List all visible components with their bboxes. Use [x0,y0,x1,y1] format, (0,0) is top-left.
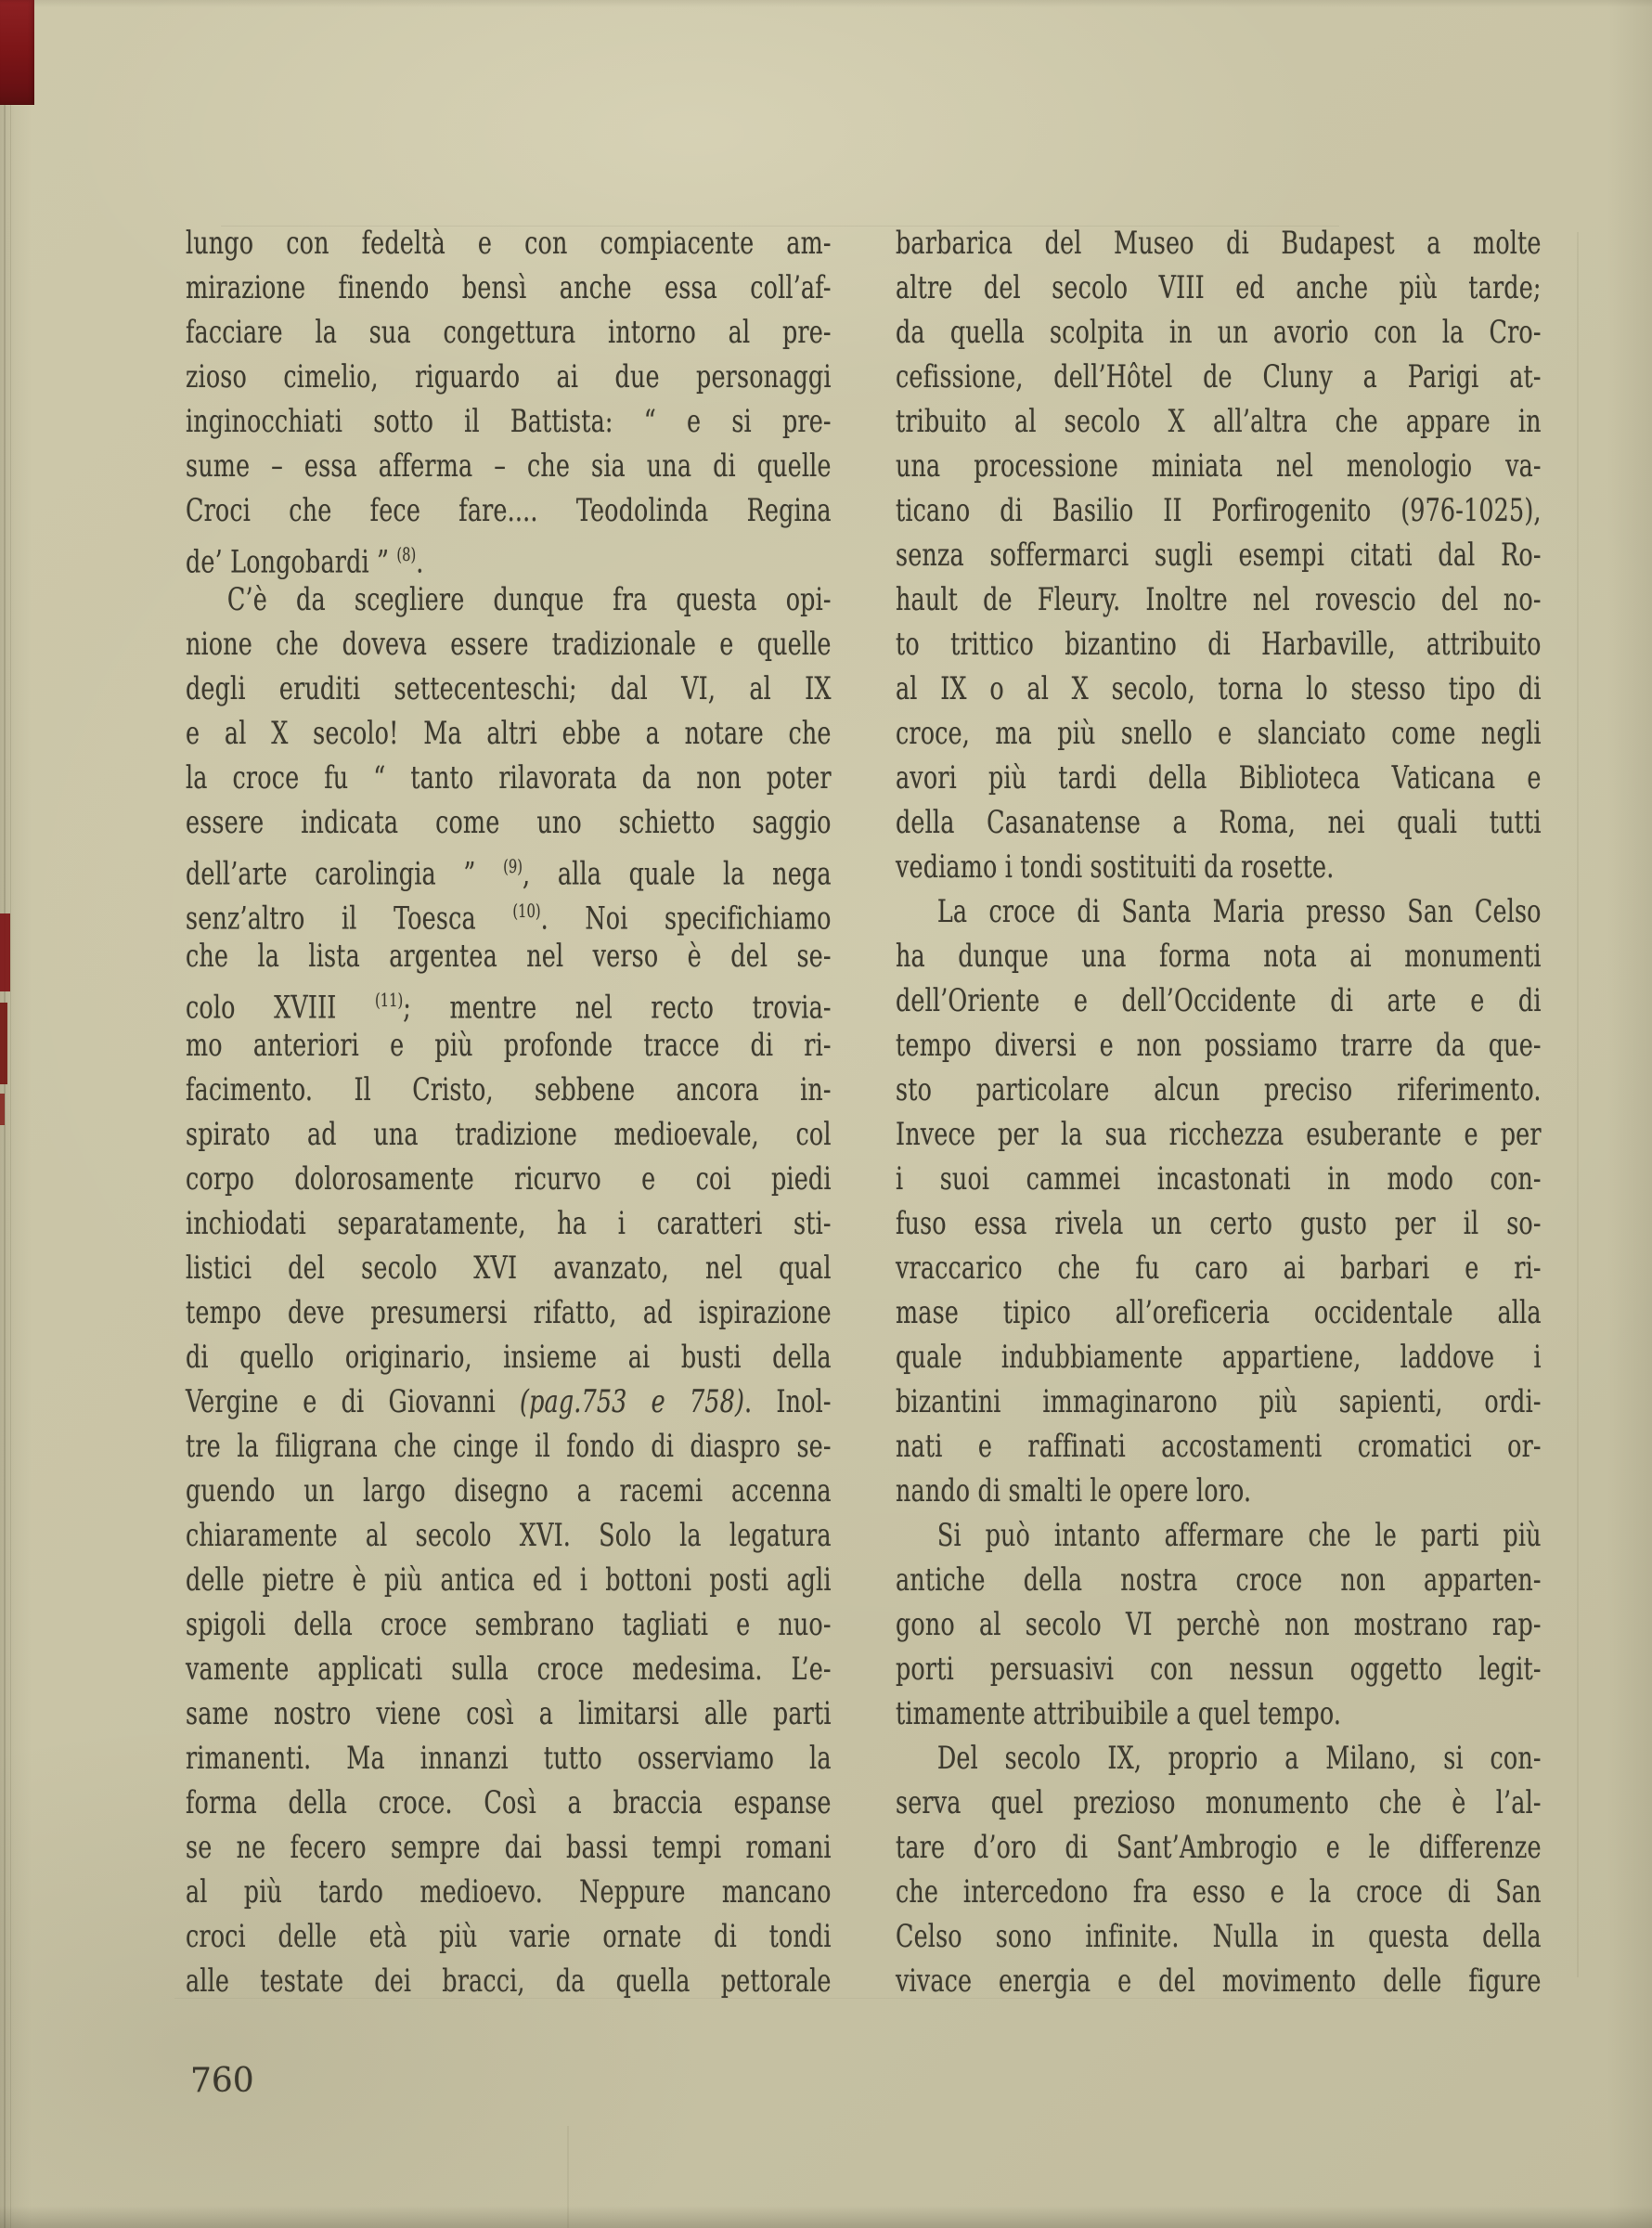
text-line: senz’altro il Toesca (10). Noi specifich… [186,889,832,934]
text-line: chiaramente al secolo XVI. Solo la legat… [186,1513,832,1558]
text-line: da quella scolpita in un avorio con la C… [896,310,1542,355]
text-line: serva quel prezioso monumento che è l’al… [896,1781,1542,1825]
text-segment: C’è da scegliere dunque fra questa opi- [227,581,832,618]
text-segment: same nostro viene così a limitarsi alle … [186,1695,832,1732]
text-segment: di quello originario, insieme ai busti d… [186,1339,832,1376]
text-segment: antiche della nostra croce non apparten- [896,1561,1542,1599]
text-line: essere indicata come uno schietto saggio [186,800,832,845]
text-line: mase tipico all’oreficeria occidentale a… [896,1290,1542,1335]
text-segment: spigoli della croce sembrano tagliati e … [186,1606,832,1643]
text-line: C’è da scegliere dunque fra questa opi- [186,577,832,622]
text-line: barbarica del Museo di Budapest a molte [896,221,1542,266]
text-line: dell’arte carolingia ” (9), alla quale l… [186,845,832,889]
text-segment: vamente applicati sulla croce medesima. … [186,1651,832,1688]
text-line: tempo diversi e non possiamo trarre da q… [896,1023,1542,1068]
text-line: nati e raffinati accostamenti cromatici … [896,1424,1542,1469]
text-line: lungo con fedeltà e con compiacente am- [186,221,832,266]
text-segment: tempo deve presumersi rifatto, ad ispira… [186,1294,832,1331]
red-bookmark-edge [0,0,34,105]
text-line: de’ Longobardi ” (8). [186,533,832,577]
text-segment: nati e raffinati accostamenti cromatici … [896,1428,1542,1465]
text-segment: Si può intanto affermare che le parti pi… [937,1517,1542,1554]
text-line: cefissione, dell’Hôtel de Cluny a Parigi… [896,355,1542,399]
page-number: 760 [190,2063,254,2100]
text-segment: e al X secolo! Ma altri ebbe a notare ch… [186,715,832,752]
text-segment: hault de Fleury. Inoltre nel rovescio de… [896,581,1542,618]
text-line: same nostro viene così a limitarsi alle … [186,1691,832,1736]
text-line: croci delle età più varie ornate di tond… [186,1914,832,1959]
text-segment: tare d’oro di Sant’Ambrogio e le differe… [896,1829,1542,1866]
text-segment: . Inol- [744,1383,832,1420]
text-line: nione che doveva essere tradizionale e q… [186,622,832,667]
text-line: tre la filigrana che cinge il fondo di d… [186,1424,832,1469]
text-segment: essere indicata come uno schietto saggio [186,804,832,841]
text-line: guendo un largo disegno a racemi accenna [186,1469,832,1513]
text-line: Celso sono infinite. Nulla in questa del… [896,1914,1542,1959]
text-line: to trittico bizantino di Harbaville, att… [896,622,1542,667]
text-line: facimento. Il Cristo, sebbene ancora in- [186,1068,832,1112]
text-line: ha dunque una forma nota ai monumenti [896,934,1542,978]
text-segment: quale indubbiamente appartiene, laddove … [896,1339,1542,1376]
text-segment: vediamo i tondi sostituiti da rosette. [896,848,1334,886]
text-line: sto particolare alcun preciso riferiment… [896,1068,1542,1112]
text-segment: chiaramente al secolo XVI. Solo la legat… [186,1517,832,1554]
text-line: corpo dolorosamente ricurvo e coi piedi [186,1157,832,1201]
text-segment: to trittico bizantino di Harbaville, att… [896,626,1542,663]
text-line: di quello originario, insieme ai busti d… [186,1335,832,1380]
text-segment: senz’altro il Toesca [186,900,512,937]
red-bookmark-sliver [0,913,10,991]
text-segment: . Noi specifichiamo [541,900,832,937]
text-segment: Del secolo IX, proprio a Milano, si con- [937,1740,1542,1777]
text-segment: sto particolare alcun preciso riferiment… [896,1071,1542,1108]
footnote-ref: (11) [375,990,403,1011]
text-line: antiche della nostra croce non apparten- [896,1558,1542,1602]
page-crease [1577,232,1579,1977]
text-line: gono al secolo VI perchè non mostrano ra… [896,1602,1542,1647]
text-segment: facimento. Il Cristo, sebbene ancora in- [186,1071,832,1108]
red-bookmark-sliver [0,1003,7,1084]
footnote-ref: (9) [503,856,523,877]
text-line: ticano di Basilio II Porfirogenito (976-… [896,488,1542,533]
text-line: Vergine e di Giovanni (pag.753 e 758). I… [186,1380,832,1424]
text-segment: mirazione finendo bensì anche essa coll’… [186,269,832,306]
text-line: spigoli della croce sembrano tagliati e … [186,1602,832,1647]
text-line: vraccarico che fu caro ai barbari e ri- [896,1246,1542,1290]
text-line: inchiodati separatamente, ha i caratteri… [186,1201,832,1246]
text-segment: Invece per la sua ricchezza esuberante e… [896,1116,1542,1153]
text-segment: dell’Oriente e dell’Occidente di arte e … [896,982,1542,1019]
text-line: vamente applicati sulla croce medesima. … [186,1647,832,1691]
text-segment: timamente attribuibile a quel tempo. [896,1695,1341,1732]
text-line: La croce di Santa Maria presso San Celso [896,889,1542,934]
text-segment: ; mentre nel recto trovia- [403,989,831,1026]
text-segment: Croci che fece fare.... Teodolinda Regin… [186,492,832,529]
text-line: la croce fu “ tanto rilavorata da non po… [186,756,832,800]
footnote-ref: (10) [512,900,540,922]
text-segment: spirato ad una tradizione medioevale, co… [186,1116,832,1153]
text-segment: inginocchiati sotto il Battista: “ e si … [186,403,832,440]
text-segment: barbarica del Museo di Budapest a molte [896,225,1542,262]
red-bookmark-sliver [0,1094,5,1125]
text-line: una processione miniata nel menologio va… [896,444,1542,488]
text-line: tare d’oro di Sant’Ambrogio e le differe… [896,1825,1542,1870]
text-line: colo XVIII (11); mentre nel recto trovia… [186,978,832,1023]
text-line: porti persuasivi con nessun oggetto legi… [896,1647,1542,1691]
text-line: sume – essa afferma – che sia una di que… [186,444,832,488]
text-line: facciare la sua congettura intorno al pr… [186,310,832,355]
text-segment: listici del secolo XVI avanzato, nel qua… [186,1250,832,1287]
text-segment: cefissione, dell’Hôtel de Cluny a Parigi… [896,358,1542,395]
text-line: che intercedono fra esso e la croce di S… [896,1870,1542,1914]
text-line: forma della croce. Così a braccia espans… [186,1781,832,1825]
text-segment: dell’arte carolingia ” [186,855,503,892]
text-segment: mo anteriori e più profonde tracce di ri… [186,1027,832,1064]
text-segment: al più tardo medioevo. Neppure mancano [186,1873,832,1911]
text-segment: delle pietre è più antica ed i bottoni p… [186,1561,832,1599]
text-line: rimanenti. Ma innanzi tutto osserviamo l… [186,1736,832,1781]
text-segment: che intercedono fra esso e la croce di S… [896,1873,1542,1911]
text-segment: croci delle età più varie ornate di tond… [186,1918,832,1955]
text-segment: lungo con fedeltà e con compiacente am- [186,225,832,262]
text-segment: tempo diversi e non possiamo trarre da q… [896,1027,1542,1064]
text-segment: al IX o al X secolo, torna lo stesso tip… [896,670,1542,707]
scan-shadow-bottom [0,2206,1652,2228]
text-line: dell’Oriente e dell’Occidente di arte e … [896,978,1542,1023]
text-segment: altre del secolo VIII ed anche più tarde… [896,269,1542,306]
text-line: se ne fecero sempre dai bassi tempi roma… [186,1825,832,1870]
text-line: al più tardo medioevo. Neppure mancano [186,1870,832,1914]
text-line: bizantini immaginarono più sapienti, ord… [896,1380,1542,1424]
text-line: timamente attribuibile a quel tempo. [896,1691,1542,1736]
text-line: mo anteriori e più profonde tracce di ri… [186,1023,832,1068]
text-segment: porti persuasivi con nessun oggetto legi… [896,1651,1542,1688]
text-segment: inchiodati separatamente, ha i caratteri… [186,1205,832,1242]
text-segment: bizantini immaginarono più sapienti, ord… [896,1383,1542,1420]
text-line: quale indubbiamente appartiene, laddove … [896,1335,1542,1380]
text-line: Del secolo IX, proprio a Milano, si con- [896,1736,1542,1781]
text-line: tempo deve presumersi rifatto, ad ispira… [186,1290,832,1335]
text-segment: i suoi cammei incastonati in modo con- [896,1160,1542,1198]
text-line: fuso essa rivela un certo gusto per il s… [896,1201,1542,1246]
text-line: hault de Fleury. Inoltre nel rovescio de… [896,577,1542,622]
text-line: nando di smalti le opere loro. [896,1469,1542,1513]
scan-edge-line [10,0,11,2228]
text-line: vivace energia e del movimento delle fig… [896,1959,1542,2003]
text-line: della Casanatense a Roma, nei quali tutt… [896,800,1542,845]
text-segment: avori più tardi della Biblioteca Vatican… [896,759,1542,797]
text-segment: ticano di Basilio II Porfirogenito (976-… [896,492,1542,529]
footnote-ref: (8) [396,544,416,565]
text-segment: vivace energia e del movimento delle fig… [896,1962,1542,2000]
text-line: tribuito al secolo X all’altra che appar… [896,399,1542,444]
text-segment: senza soffermarci sugli esempi citati da… [896,537,1542,574]
text-segment: degli eruditi settecenteschi; dal VI, al… [186,670,832,707]
text-segment: croce, ma più snello e slanciato come ne… [896,715,1542,752]
text-line: zioso cimelio, riguardo ai due personagg… [186,355,832,399]
text-segment: forma della croce. Così a braccia espans… [186,1784,832,1821]
text-line: che la lista argentea nel verso è del se… [186,934,832,978]
text-segment: corpo dolorosamente ricurvo e coi piedi [186,1160,832,1198]
text-line: Croci che fece fare.... Teodolinda Regin… [186,488,832,533]
text-segment: . [416,543,423,580]
text-segment: de’ Longobardi ” [186,543,396,580]
text-segment: serva quel prezioso monumento che è l’al… [896,1784,1542,1821]
text-line: inginocchiati sotto il Battista: “ e si … [186,399,832,444]
text-segment: , alla quale la nega [523,855,832,892]
text-segment: una processione miniata nel menologio va… [896,447,1542,485]
text-segment: fuso essa rivela un certo gusto per il s… [896,1205,1542,1242]
text-line: Si può intanto affermare che le parti pi… [896,1513,1542,1558]
text-segment: ha dunque una forma nota ai monumenti [896,938,1542,975]
text-segment: (pag.753 e 758) [520,1383,744,1420]
text-segment: facciare la sua congettura intorno al pr… [186,314,832,351]
text-column-right: barbarica del Museo di Budapest a moltea… [896,221,1542,2003]
text-segment: mase tipico all’oreficeria occidentale a… [896,1294,1542,1331]
text-segment: guendo un largo disegno a racemi accenna [186,1472,832,1509]
text-segment: tre la filigrana che cinge il fondo di d… [186,1428,832,1465]
text-line: croce, ma più snello e slanciato come ne… [896,711,1542,756]
text-segment: alle testate dei bracci, da quella petto… [186,1962,832,2000]
text-segment: rimanenti. Ma innanzi tutto osserviamo l… [186,1740,832,1777]
text-segment: tribuito al secolo X all’altra che appar… [896,403,1542,440]
text-line: degli eruditi settecenteschi; dal VI, al… [186,667,832,711]
text-line: listici del secolo XVI avanzato, nel qua… [186,1246,832,1290]
text-segment: che la lista argentea nel verso è del se… [186,938,832,975]
text-segment: vraccarico che fu caro ai barbari e ri- [896,1250,1542,1287]
book-page: lungo con fedeltà e con compiacente am-m… [0,0,1652,2228]
text-line: al IX o al X secolo, torna lo stesso tip… [896,667,1542,711]
text-segment: gono al secolo VI perchè non mostrano ra… [896,1606,1542,1643]
text-line: alle testate dei bracci, da quella petto… [186,1959,832,2003]
text-segment: nione che doveva essere tradizionale e q… [186,626,832,663]
text-line: spirato ad una tradizione medioevale, co… [186,1112,832,1157]
text-segment: della Casanatense a Roma, nei quali tutt… [896,804,1542,841]
text-segment: Vergine e di Giovanni [186,1383,520,1420]
text-segment: da quella scolpita in un avorio con la C… [896,314,1542,351]
text-segment: se ne fecero sempre dai bassi tempi roma… [186,1829,832,1866]
text-line: e al X secolo! Ma altri ebbe a notare ch… [186,711,832,756]
text-segment: Celso sono infinite. Nulla in questa del… [896,1918,1542,1955]
text-line: i suoi cammei incastonati in modo con- [896,1157,1542,1201]
text-line: senza soffermarci sugli esempi citati da… [896,533,1542,577]
text-line: mirazione finendo bensì anche essa coll’… [186,266,832,310]
text-segment: La croce di Santa Maria presso San Celso [937,893,1542,930]
text-segment: nando di smalti le opere loro. [896,1472,1251,1509]
text-line: avori più tardi della Biblioteca Vatican… [896,756,1542,800]
text-column-left: lungo con fedeltà e con compiacente am-m… [186,221,832,2003]
text-line: altre del secolo VIII ed anche più tarde… [896,266,1542,310]
text-line: delle pietre è più antica ed i bottoni p… [186,1558,832,1602]
text-segment: la croce fu “ tanto rilavorata da non po… [186,759,832,797]
text-segment: sume – essa afferma – che sia una di que… [186,447,832,485]
text-line: vediamo i tondi sostituiti da rosette. [896,845,1542,889]
text-segment: colo XVIII [186,989,375,1026]
text-line: Invece per la sua ricchezza esuberante e… [896,1112,1542,1157]
text-segment: zioso cimelio, riguardo ai due personagg… [186,358,832,395]
